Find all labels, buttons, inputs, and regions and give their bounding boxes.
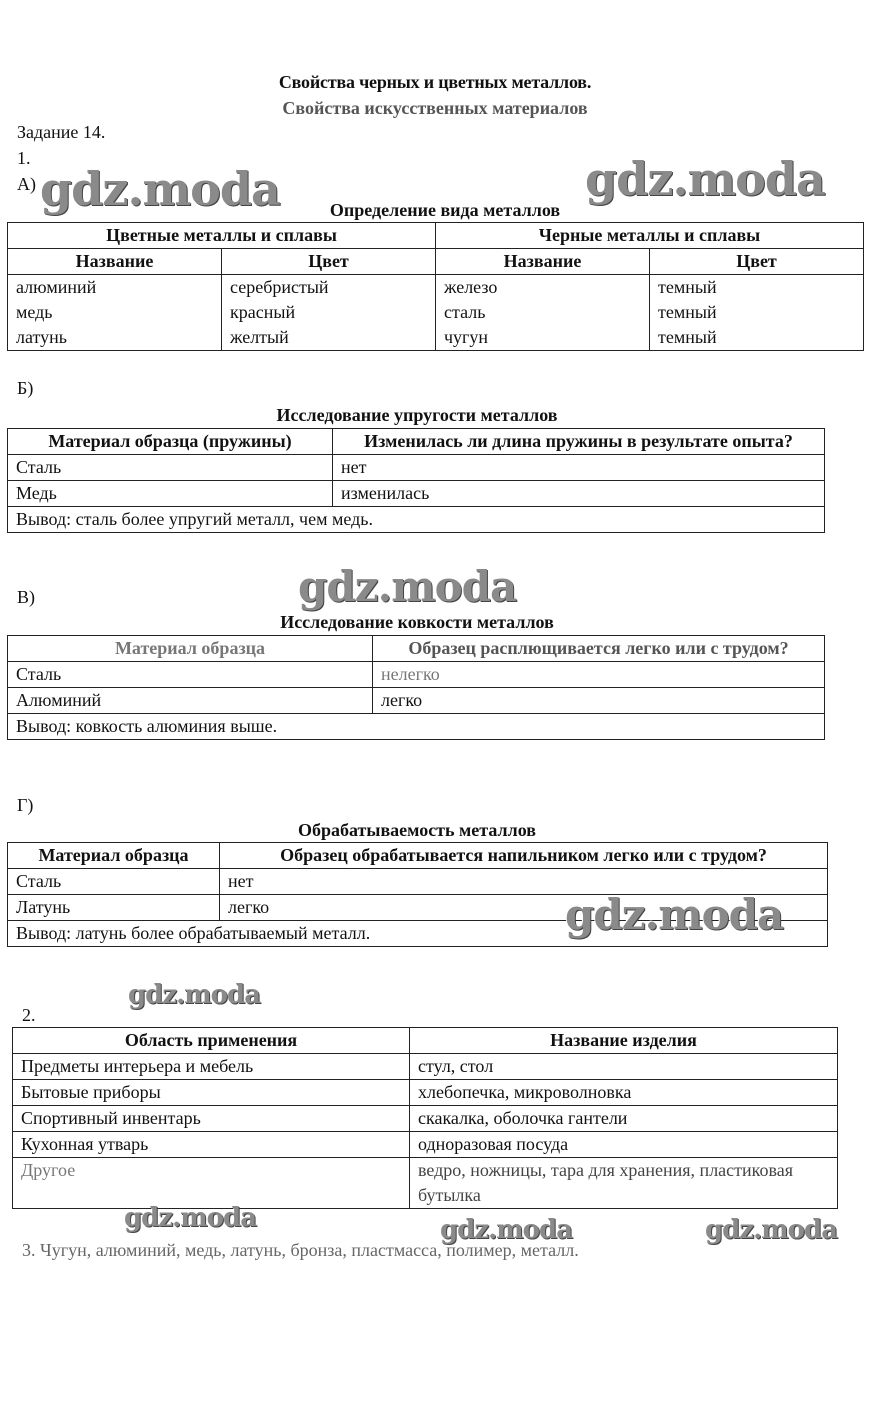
- column-header: Образец обрабатывается напильником легко…: [220, 843, 828, 869]
- machinability-table: Материал образца Образец обрабатывается …: [7, 842, 828, 947]
- section-a-caption: Определение вида металлов: [0, 200, 870, 221]
- section-b-label: Б): [17, 378, 33, 399]
- column-header: Изменилась ли длина пружины в результате…: [333, 429, 825, 455]
- item-3-text: 3. Чугун, алюминий, медь, латунь, бронза…: [22, 1240, 579, 1261]
- table-row: Предметы интерьера и мебель стул, стол: [13, 1054, 838, 1080]
- section-c-label: В): [17, 587, 35, 608]
- watermark: gdz.moda: [298, 562, 516, 611]
- table-row: Вывод: латунь более обрабатываемый метал…: [8, 921, 828, 947]
- document-title: Свойства черных и цветных металлов.: [0, 72, 870, 93]
- cell: Предметы интерьера и мебель: [13, 1054, 410, 1080]
- elasticity-table: Материал образца (пружины) Изменилась ли…: [7, 428, 825, 533]
- table-row: Другое ведро, ножницы, тара для хранения…: [13, 1158, 838, 1209]
- cell: хлебопечка, микроволновка: [410, 1080, 838, 1106]
- task-number: Задание 14.: [17, 122, 105, 143]
- table-row: Алюминий легко: [8, 688, 825, 714]
- column-header: Область применения: [13, 1028, 410, 1054]
- column-header: Материал образца (пружины): [8, 429, 333, 455]
- nonferrous-names: алюминиймедьлатунь: [8, 275, 222, 351]
- watermark: gdz.moda: [128, 980, 260, 1010]
- table-row: Сталь нет: [8, 869, 828, 895]
- table-row: Спортивный инвентарь скакалка, оболочка …: [13, 1106, 838, 1132]
- metals-type-table: Цветные металлы и сплавы Черные металлы …: [7, 222, 864, 351]
- cell: легко: [373, 688, 825, 714]
- column-header: Материал образца: [8, 636, 373, 662]
- malleability-table: Материал образца Образец расплющивается …: [7, 635, 825, 740]
- cell: Бытовые приборы: [13, 1080, 410, 1106]
- table-row: Вывод: ковкость алюминия выше.: [8, 714, 825, 740]
- conclusion: Вывод: ковкость алюминия выше.: [8, 714, 825, 740]
- table-row: Медь изменилась: [8, 481, 825, 507]
- conclusion: Вывод: сталь более упругий металл, чем м…: [8, 507, 825, 533]
- cell: нет: [333, 455, 825, 481]
- cell: Спортивный инвентарь: [13, 1106, 410, 1132]
- section-a-label: А): [17, 174, 36, 195]
- column-header: Цвет: [650, 249, 864, 275]
- cell: Сталь: [8, 662, 373, 688]
- ferrous-names: железостальчугун: [436, 275, 650, 351]
- cell: нет: [220, 869, 828, 895]
- column-header: Цвет: [222, 249, 436, 275]
- cell: скакалка, оболочка гантели: [410, 1106, 838, 1132]
- table-row: Бытовые приборы хлебопечка, микроволновк…: [13, 1080, 838, 1106]
- table-row: алюминиймедьлатунь серебристыйкрасныйжел…: [8, 275, 864, 351]
- item-1-label: 1.: [17, 148, 31, 169]
- document-subtitle: Свойства искусственных материалов: [0, 98, 870, 119]
- section-d-caption: Обрабатываемость металлов: [7, 820, 827, 841]
- section-d-label: Г): [17, 795, 33, 816]
- cell: Сталь: [8, 869, 220, 895]
- column-header: Название изделия: [410, 1028, 838, 1054]
- cell: ведро, ножницы, тара для хранения, пласт…: [410, 1158, 838, 1209]
- table-row: Сталь нет: [8, 455, 825, 481]
- cell: Латунь: [8, 895, 220, 921]
- table-row: Вывод: сталь более упругий металл, чем м…: [8, 507, 825, 533]
- cell: Кухонная утварь: [13, 1132, 410, 1158]
- cell: стул, стол: [410, 1054, 838, 1080]
- applications-table: Область применения Название изделия Пред…: [12, 1027, 838, 1209]
- column-header: Материал образца: [8, 843, 220, 869]
- column-header: Образец расплющивается легко или с трудо…: [373, 636, 825, 662]
- ferrous-colors: темныйтемныйтемный: [650, 275, 864, 351]
- cell: Другое: [13, 1158, 410, 1209]
- column-header: Название: [436, 249, 650, 275]
- cell: Сталь: [8, 455, 333, 481]
- cell: изменилась: [333, 481, 825, 507]
- column-header: Название: [8, 249, 222, 275]
- group-header: Цветные металлы и сплавы: [8, 223, 436, 249]
- table-row: Кухонная утварь одноразовая посуда: [13, 1132, 838, 1158]
- section-c-caption: Исследование ковкости металлов: [7, 612, 827, 633]
- nonferrous-colors: серебристыйкрасныйжелтый: [222, 275, 436, 351]
- cell: нелегко: [373, 662, 825, 688]
- cell: одноразовая посуда: [410, 1132, 838, 1158]
- watermark: gdz.moda: [705, 1215, 837, 1245]
- cell: Медь: [8, 481, 333, 507]
- item-2-label: 2.: [22, 1005, 36, 1026]
- table-row: Сталь нелегко: [8, 662, 825, 688]
- cell: Алюминий: [8, 688, 373, 714]
- cell: легко: [220, 895, 828, 921]
- section-b-caption: Исследование упругости металлов: [7, 405, 827, 426]
- conclusion: Вывод: латунь более обрабатываемый метал…: [8, 921, 828, 947]
- watermark: gdz.moda: [585, 152, 825, 206]
- table-row: Латунь легко: [8, 895, 828, 921]
- group-header: Черные металлы и сплавы: [436, 223, 864, 249]
